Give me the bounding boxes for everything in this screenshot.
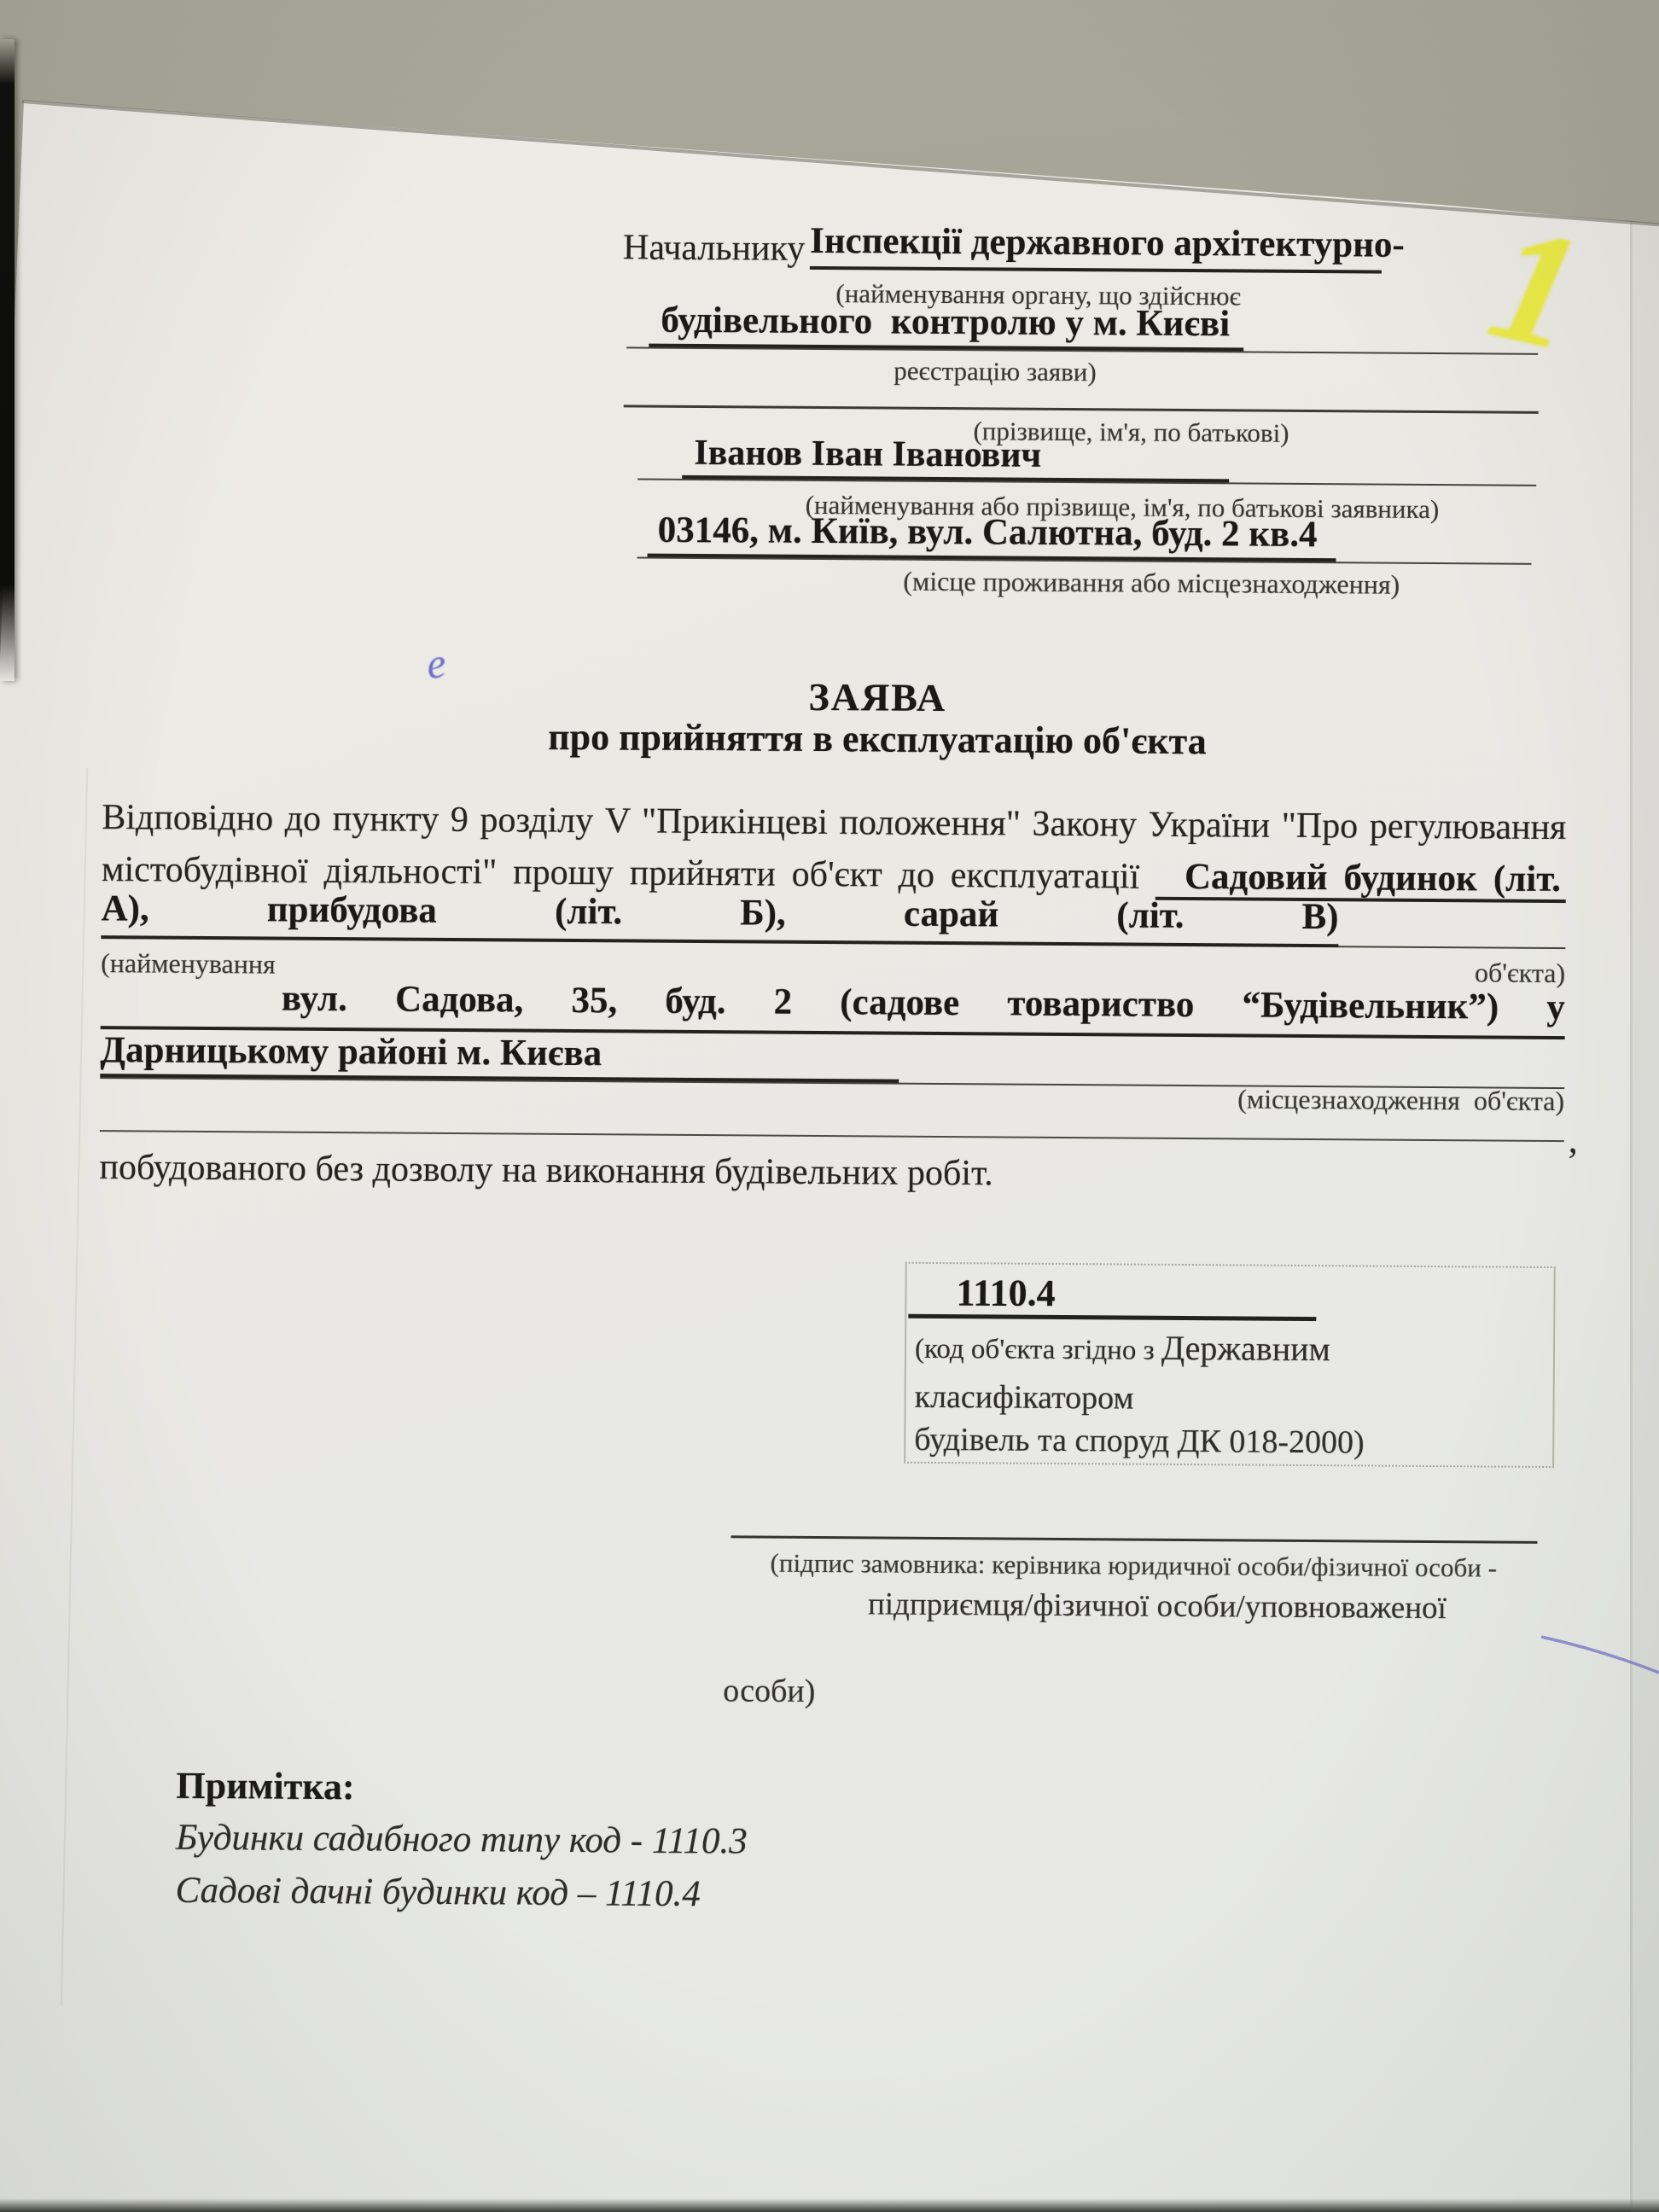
object-hint-right: об'єкта) <box>1475 957 1565 989</box>
signature-hint-line3: особи) <box>723 1672 815 1710</box>
code-hint-large: Державним <box>1161 1329 1330 1368</box>
document-subtitle: про прийняття в експлуатацію об'єкта <box>259 713 1496 765</box>
org-name-line2-rule: будівельного контролю у м. Києві <box>626 299 1538 354</box>
object-code-rule: 1110.4 <box>908 1271 1316 1321</box>
blank-field-rule <box>624 364 1539 413</box>
note-line2: Садові дачні будинки код – 1110.4 <box>175 1870 701 1915</box>
signature-rule <box>731 1535 1537 1544</box>
code-hint-line2: класифікатором <box>914 1376 1545 1423</box>
applicant-name-value: Іванов Іван Іванович <box>682 433 1229 482</box>
signature-hint-line2: підприємця/фізичної особи/уповноваженої <box>812 1586 1503 1627</box>
object-code-value: 1110.4 <box>908 1271 1056 1315</box>
applicant-address-rule: 03146, м. Київ, вул. Салютна, буд. 2 кв.… <box>637 509 1532 564</box>
no-permit-line: побудованого без дозволу на виконання бу… <box>99 1147 1563 1198</box>
applicant-address-value: 03146, м. Київ, вул. Салютна, буд. 2 кв.… <box>648 509 1336 562</box>
trailing-comma: , <box>1569 1118 1578 1161</box>
signature-hint-line1: (підпис замовника: керівника юридичної о… <box>724 1547 1543 1584</box>
code-hint-small: (код об'єкта згідно з <box>915 1334 1161 1366</box>
addressee-label: Начальнику <box>623 227 806 269</box>
object-code-hints: (код об'єкта згідно з Державним класифік… <box>914 1325 1546 1465</box>
code-hint-line3: будівель та споруд ДК 018-2000) <box>914 1418 1545 1465</box>
note-label: Примітка: <box>176 1764 355 1808</box>
code-hint-line1: (код об'єкта згідно з Державним <box>915 1325 1546 1380</box>
object-hint-left: (найменування <box>101 947 276 980</box>
applicant-name-rule: Іванов Іван Іванович <box>637 432 1536 486</box>
paragraph-line1: Відповідно до пункту 9 розділу V "Прикін… <box>102 797 1566 848</box>
document-photo: Начальнику Інспекції державного архітект… <box>0 0 1659 2212</box>
object-location-line2: Дарницькому районі м. Києва <box>100 1029 899 1083</box>
org-name-line1: Інспекції державного архітектурно- <box>810 220 1382 274</box>
object-code-box: 1110.4 (код об'єкта згідно з Державним к… <box>904 1262 1556 1468</box>
object-name-part2: А), прибудова (літ. Б), сарай (літ. В) <box>101 888 1338 947</box>
note-line1: Будинки садибного типу код - 1110.3 <box>176 1817 748 1863</box>
object-name-rule: А), прибудова (літ. Б), сарай (літ. В) <box>101 889 1565 949</box>
document-content: Начальнику Інспекції державного архітект… <box>0 0 1659 2212</box>
address-hint: (місце проживання або місцезнаходження) <box>882 566 1420 601</box>
org-name-line2: будівельного контролю у м. Києві <box>649 300 1243 352</box>
